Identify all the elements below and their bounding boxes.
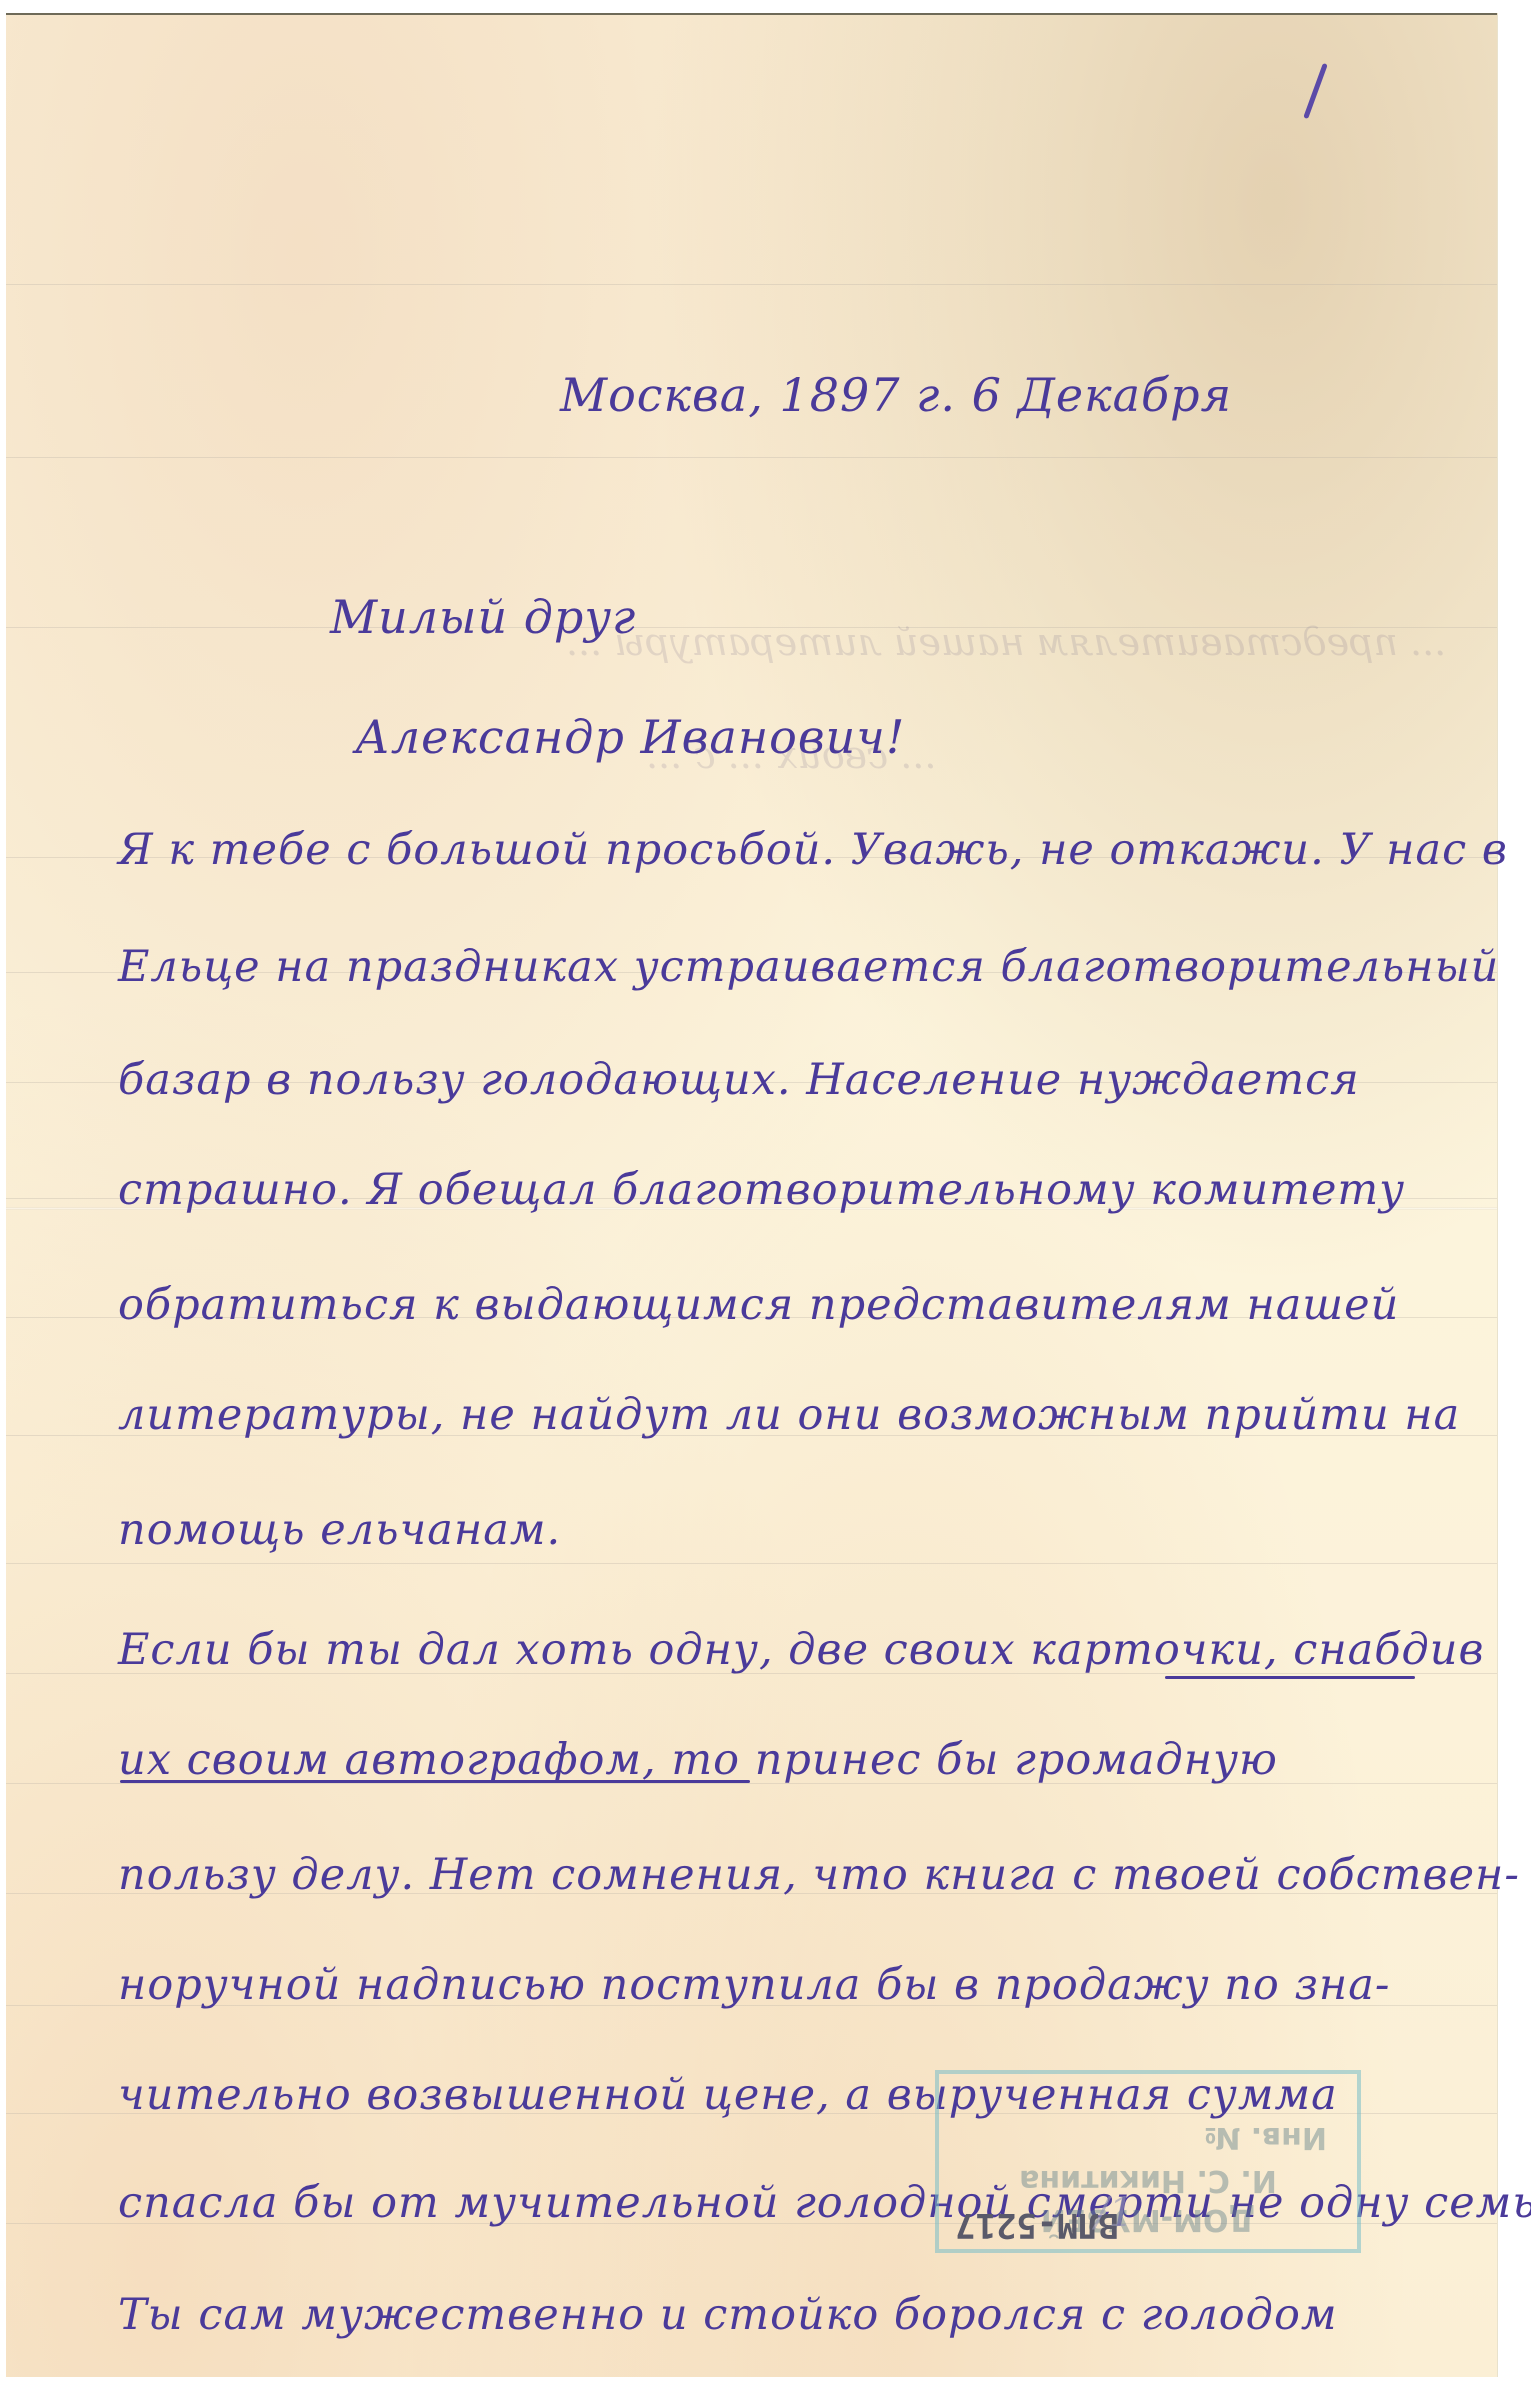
salutation-line: Милый друг <box>330 590 636 644</box>
ruled-line <box>6 457 1497 458</box>
body-line: страшно. Я обещал благотворительному ком… <box>118 1165 1405 1215</box>
body-line: обратиться к выдающимся представителям н… <box>118 1280 1399 1330</box>
body-line: Я к тебе с большой просьбой. Уважь, не о… <box>118 825 1508 875</box>
body-line: пользу делу. Нет сомнения, что книга с т… <box>118 1850 1520 1900</box>
body-line: литературы, не найдут ли они возможным п… <box>118 1390 1460 1440</box>
body-line: базар в пользу голодающих. Население нуж… <box>118 1055 1360 1105</box>
underline-mark <box>120 1780 750 1783</box>
body-line: норучной надписью поступила бы в продажу… <box>118 1960 1390 2010</box>
body-line: их своим автографом, то принес бы громад… <box>118 1735 1278 1785</box>
ruled-line <box>6 1563 1497 1564</box>
body-line: Ты сам мужественно и стойко боролся с го… <box>118 2290 1337 2340</box>
date-line: Москва, 1897 г. 6 Декабря <box>560 368 1232 422</box>
body-line: Если бы ты дал хоть одну, две своих карт… <box>118 1625 1485 1675</box>
body-line: помощь ельчанам. <box>118 1505 561 1555</box>
bleed-through-text: ... представителям нашей литературы ... <box>566 620 1446 664</box>
underline-mark <box>1165 1676 1415 1679</box>
stamp-line: Инв. № <box>939 2120 1357 2155</box>
salutation-addressee: Александр Иванович! <box>355 710 905 764</box>
ruled-line <box>6 284 1497 285</box>
stamp-line: И. С. Никитина <box>939 2163 1357 2198</box>
pencil-annotation: /1 <box>1095 2190 1134 2236</box>
body-line: Ельце на праздниках устраивается благотв… <box>118 942 1499 992</box>
